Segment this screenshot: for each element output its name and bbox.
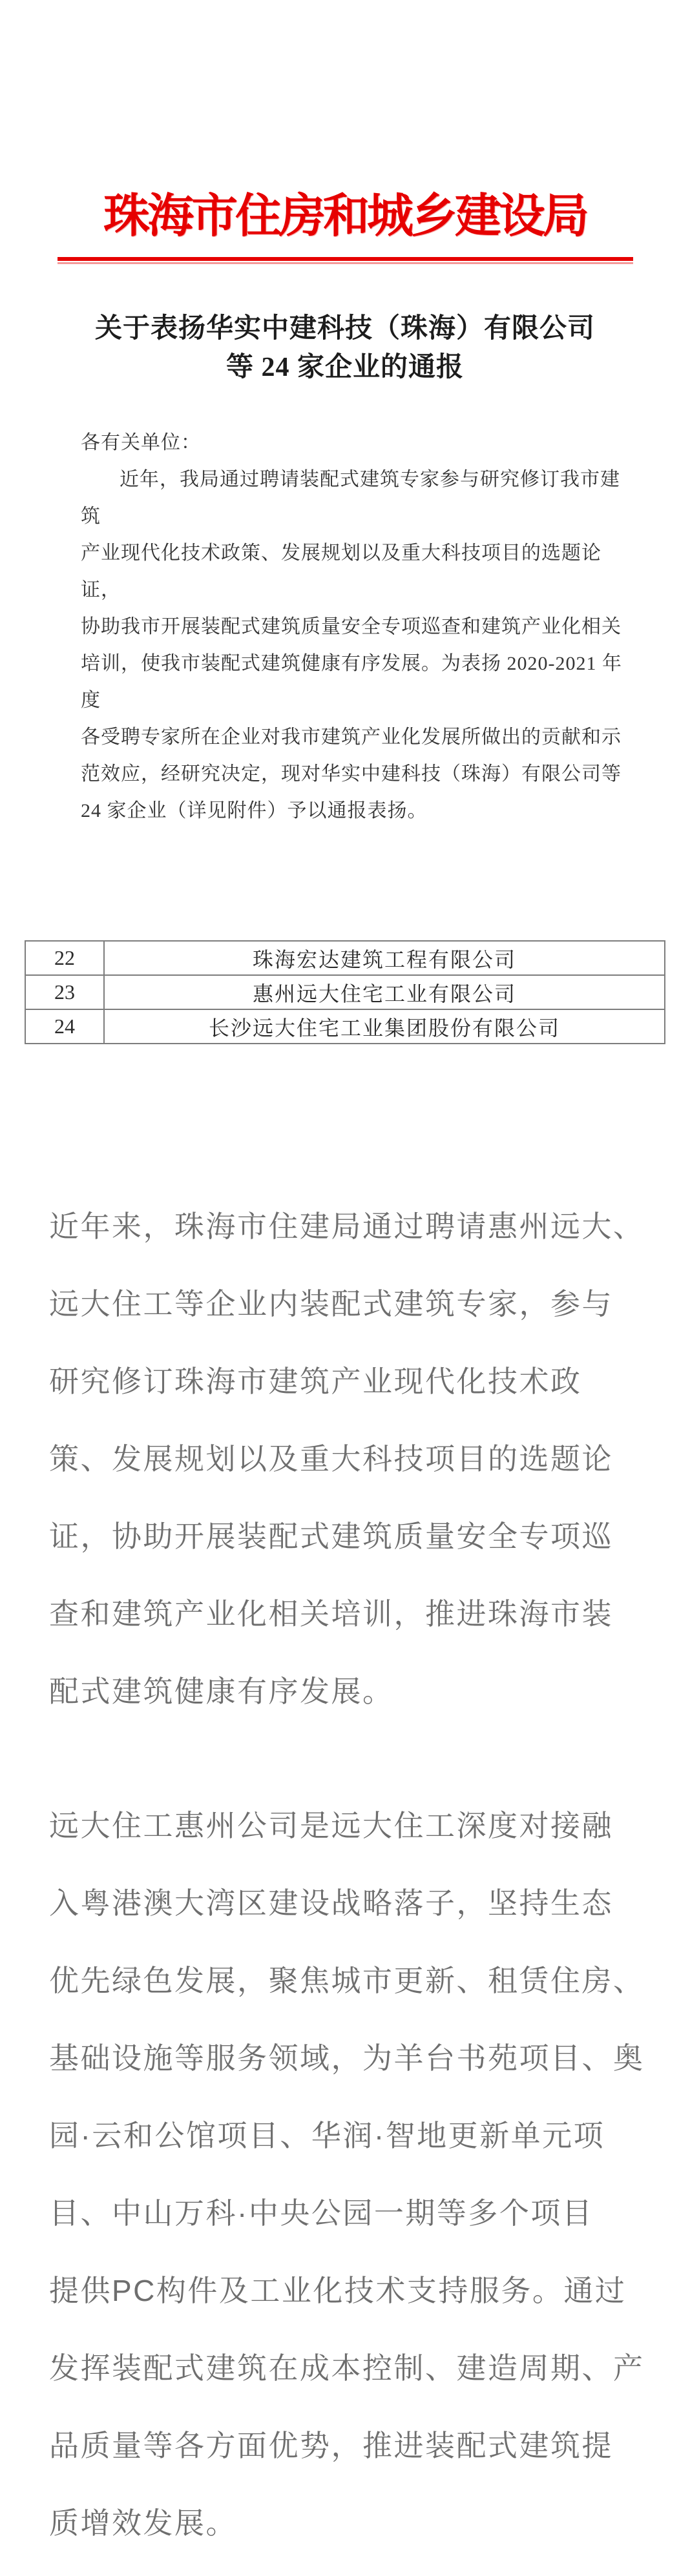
article-paragraph-1: 近年来，珠海市住建局通过聘请惠州远大、 远大住工等企业内装配式建筑专家，参与 研… xyxy=(49,1188,656,1730)
article-line: 优先绿色发展，聚焦城市更新、租赁住房、 xyxy=(49,1942,656,2019)
table-row: 23 惠州远大住宅工业有限公司 xyxy=(25,975,665,1009)
document-title: 关于表扬华实中建科技（珠海）有限公司 等 24 家企业的通报 xyxy=(0,309,690,387)
company-name-cell: 惠州远大住宅工业有限公司 xyxy=(104,975,665,1009)
letterhead-banner: 珠海市住房和城乡建设局 xyxy=(0,0,690,264)
company-name-cell: 长沙远大住宅工业集团股份有限公司 xyxy=(104,1009,665,1044)
notice-line: 近年，我局通过聘请装配式建筑专家参与研究修订我市建筑 xyxy=(81,461,629,535)
document-title-line2: 等 24 家企业的通报 xyxy=(0,348,690,387)
article-line: 基础设施等服务领域，为羊台书苑项目、奥 xyxy=(49,2019,656,2097)
table-row: 22 珠海宏达建筑工程有限公司 xyxy=(25,941,665,975)
notice-line: 各受聘专家所在企业对我市建筑产业化发展所做出的贡献和示 xyxy=(81,719,629,756)
notice-line: 培训，使我市装配式建筑健康有序发展。为表扬 2020-2021 年度 xyxy=(81,645,629,719)
notice-line: 产业现代化技术政策、发展规划以及重大科技项目的选题论证， xyxy=(81,535,629,608)
notice-line: 24 家企业（详见附件）予以通报表扬。 xyxy=(81,792,629,829)
article-line: 提供PC构件及工业化技术支持服务。通过 xyxy=(49,2252,656,2329)
article-line: 证，协助开展装配式建筑质量安全专项巡 xyxy=(49,1498,656,1575)
article-line: 园·云和公馆项目、华润·智地更新单元项 xyxy=(49,2097,656,2174)
letterhead-title: 珠海市住房和城乡建设局 xyxy=(0,189,690,244)
notice-line: 范效应，经研究决定，现对华实中建科技（珠海）有限公司等 xyxy=(81,756,629,792)
divider-thin-bar xyxy=(57,262,633,264)
article-line: 品质量等各方面优势，推进装配式建筑提 xyxy=(49,2407,656,2484)
notice-body: 各有关单位： 近年，我局通过聘请装配式建筑专家参与研究修订我市建筑 产业现代化技… xyxy=(81,424,629,829)
article-line: 远大住工等企业内装配式建筑专家，参与 xyxy=(49,1265,656,1343)
letterhead-divider xyxy=(57,257,633,264)
notice-salutation: 各有关单位： xyxy=(81,424,629,461)
article-line: 配式建筑健康有序发展。 xyxy=(49,1653,656,1730)
article-line: 远大住工惠州公司是远大住工深度对接融 xyxy=(49,1787,656,1864)
article-line: 目、中山万科·中央公园一期等多个项目 xyxy=(49,2174,656,2252)
article-line: 研究修订珠海市建筑产业现代化技术政 xyxy=(49,1343,656,1420)
row-number-cell: 22 xyxy=(25,941,104,975)
row-number-cell: 23 xyxy=(25,975,104,1009)
document-title-line1: 关于表扬华实中建科技（珠海）有限公司 xyxy=(0,309,690,348)
article-line: 策、发展规划以及重大科技项目的选题论 xyxy=(49,1420,656,1498)
article-paragraph-2: 远大住工惠州公司是远大住工深度对接融 入粤港澳大湾区建设战略落子，坚持生态 优先… xyxy=(49,1787,656,2562)
article-line: 查和建筑产业化相关培训，推进珠海市装 xyxy=(49,1575,656,1653)
notice-line: 协助我市开展装配式建筑质量安全专项巡查和建筑产业化相关 xyxy=(81,608,629,645)
row-number-cell: 24 xyxy=(25,1009,104,1044)
article-line: 发挥装配式建筑在成本控制、建造周期、产 xyxy=(49,2329,656,2407)
article-page: { "colors":{ "accent_red":"#e60000", "di… xyxy=(0,0,690,2576)
article-line: 质增效发展。 xyxy=(49,2484,656,2562)
table-row: 24 长沙远大住宅工业集团股份有限公司 xyxy=(25,1009,665,1044)
company-name-cell: 珠海宏达建筑工程有限公司 xyxy=(104,941,665,975)
article-line: 近年来，珠海市住建局通过聘请惠州远大、 xyxy=(49,1188,656,1265)
companies-table: 22 珠海宏达建筑工程有限公司 23 惠州远大住宅工业有限公司 24 长沙远大住… xyxy=(25,940,665,1044)
article-text: 近年来，珠海市住建局通过聘请惠州远大、 远大住工等企业内装配式建筑专家，参与 研… xyxy=(49,1188,656,2576)
article-line: 入粤港澳大湾区建设战略落子，坚持生态 xyxy=(49,1864,656,1942)
